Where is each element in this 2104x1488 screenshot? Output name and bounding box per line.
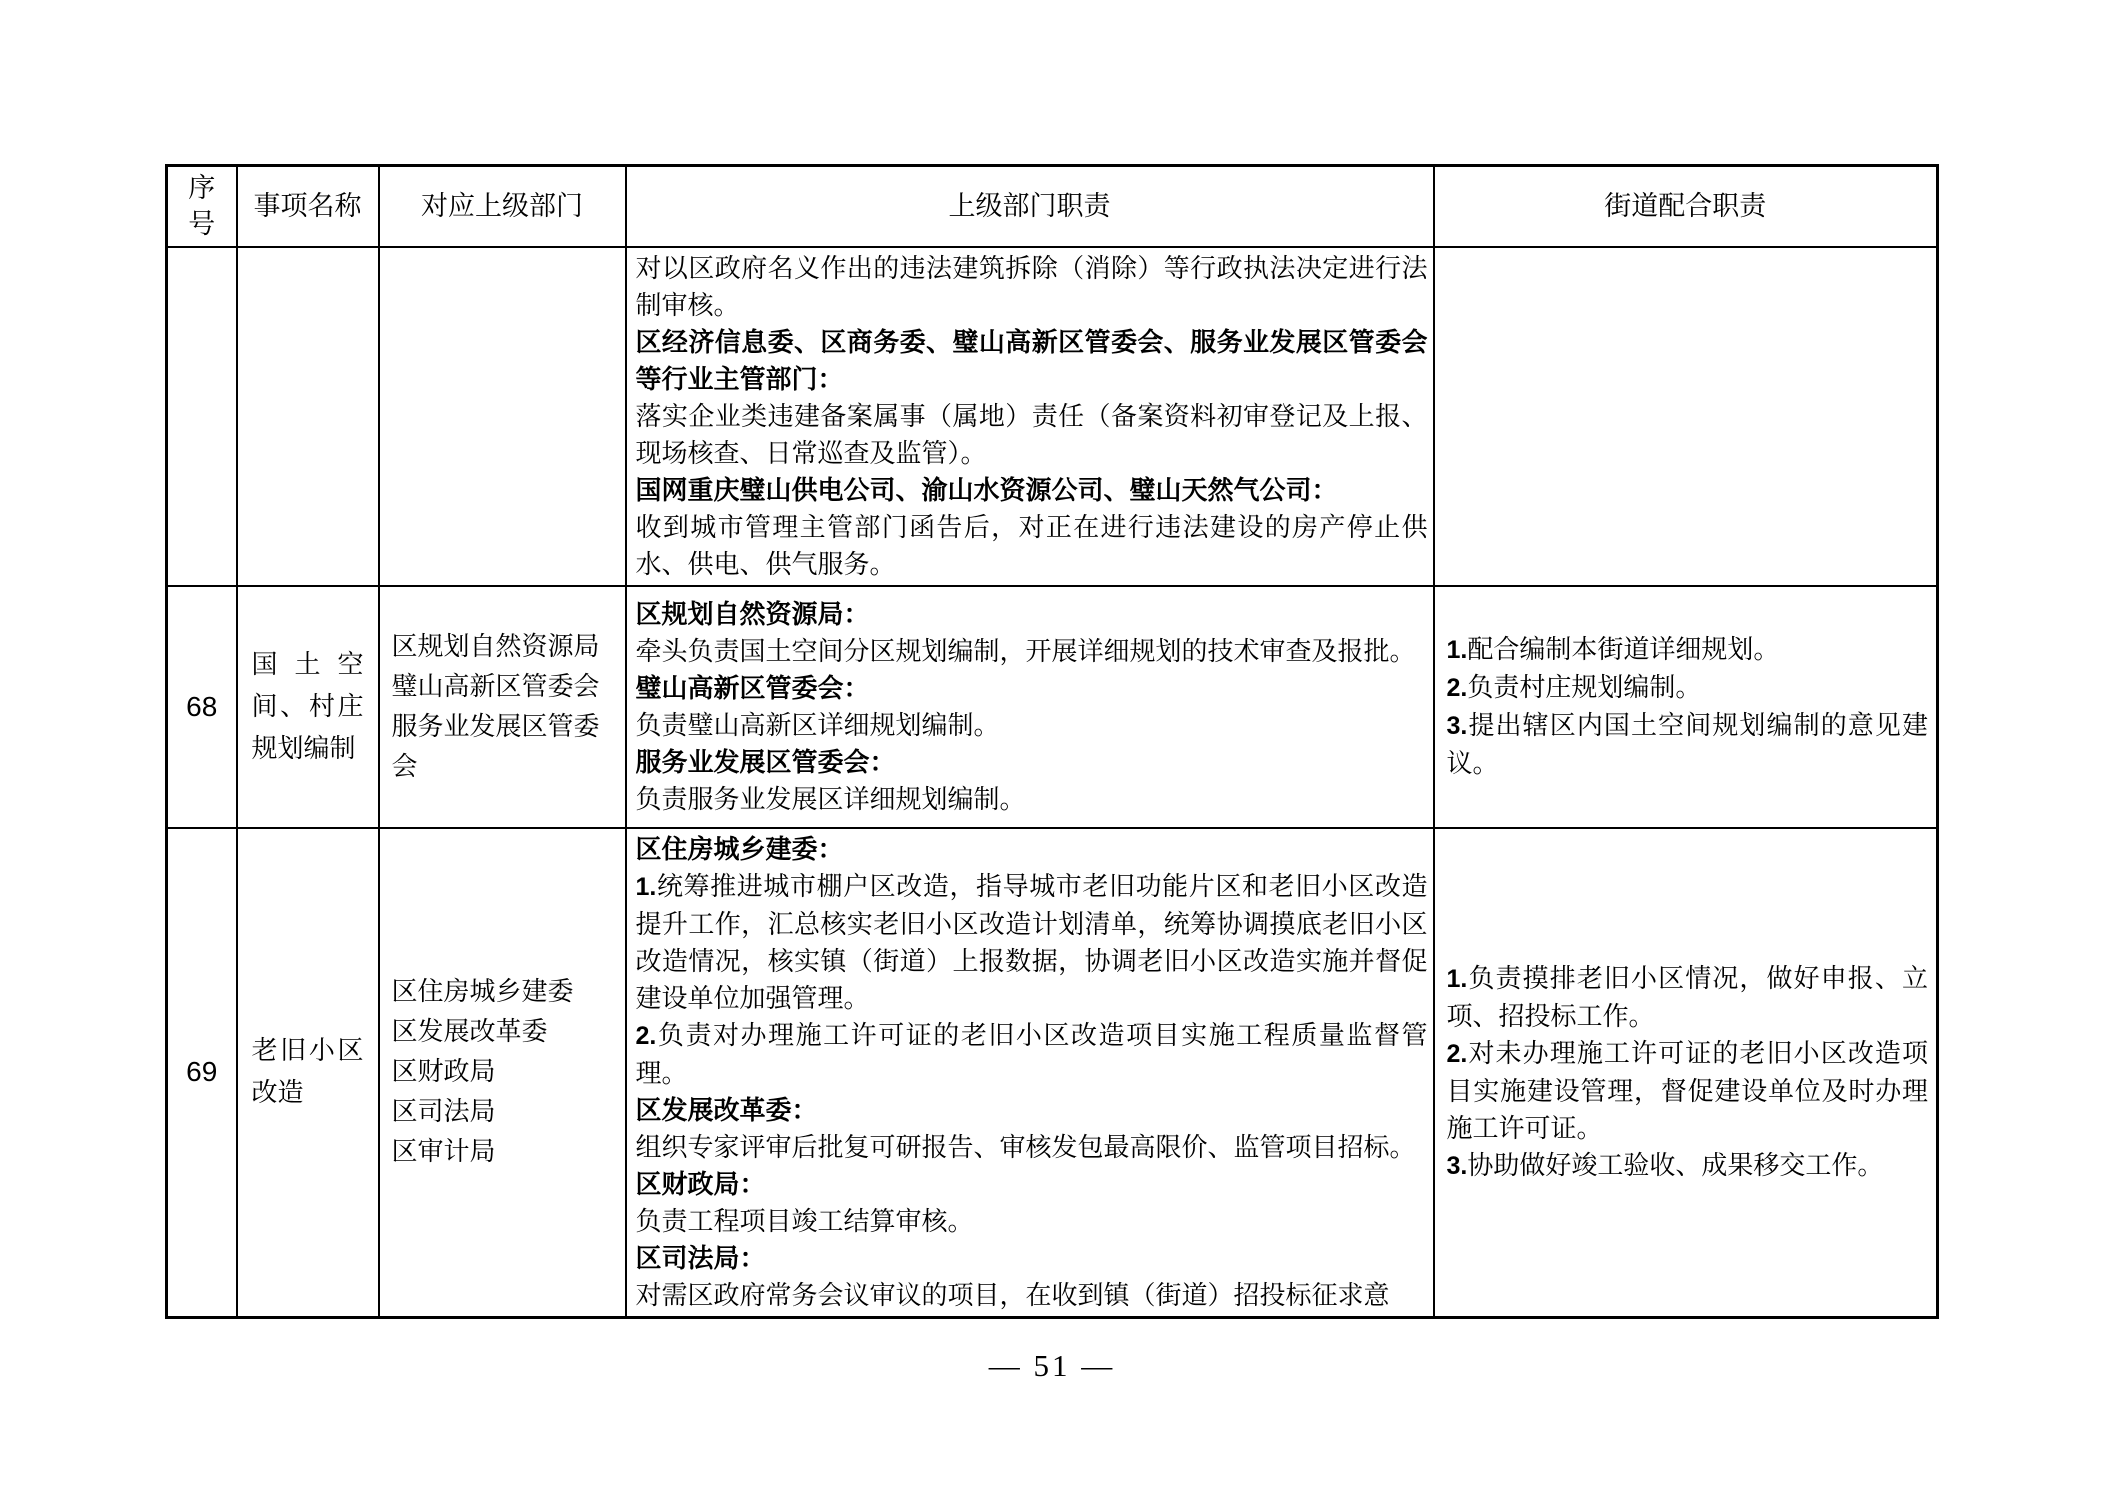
- street-duty-text: 3.提出辖区内国土空间规划编制的意见建议。: [1447, 707, 1929, 782]
- cell-serial-number: 69: [167, 828, 237, 1318]
- cell-superior-departments: [379, 247, 626, 586]
- header-item-name: 事项名称: [237, 166, 379, 247]
- item-number: 1.: [1447, 636, 1468, 664]
- table-row: 68国土空间、村庄规划编制区规划自然资源局璧山高新区管委会服务业发展区管委会区规…: [167, 586, 1938, 828]
- department-item: 服务业发展区管委会: [392, 707, 621, 787]
- department-item: 璧山高新区管委会: [392, 667, 621, 707]
- department-item: 区审计局: [392, 1132, 621, 1172]
- cell-serial-number: 68: [167, 586, 237, 828]
- superior-duty-heading: 区发展改革委：: [636, 1092, 1428, 1129]
- header-street-duties: 街道配合职责: [1434, 166, 1938, 247]
- item-number: 1.: [1447, 965, 1468, 993]
- cell-superior-departments: 区住房城乡建委区发展改革委区财政局区司法局区审计局: [379, 828, 626, 1318]
- superior-duty-heading: 区财政局：: [636, 1166, 1428, 1203]
- item-number: 3.: [1447, 1152, 1468, 1180]
- header-serial-number: 序号: [167, 166, 237, 247]
- item-number: 1.: [636, 873, 657, 901]
- header-row: 序号 事项名称 对应上级部门 上级部门职责 街道配合职责: [167, 166, 1938, 247]
- superior-duty-text: 负责工程项目竣工结算审核。: [636, 1203, 1428, 1240]
- superior-duty-heading: 区住房城乡建委：: [636, 831, 1428, 868]
- superior-duty-heading: 服务业发展区管委会：: [636, 744, 1428, 781]
- table-header: 序号 事项名称 对应上级部门 上级部门职责 街道配合职责: [167, 166, 1938, 247]
- superior-duty-text: 负责璧山高新区详细规划编制。: [636, 707, 1428, 744]
- superior-duty-text: 1.统筹推进城市棚户区改造，指导城市老旧功能片区和老旧小区改造提升工作，汇总核实…: [636, 868, 1428, 1017]
- item-number: 3.: [1447, 712, 1468, 740]
- cell-street-duties: [1434, 247, 1938, 586]
- superior-duty-text: 对需区政府常务会议审议的项目，在收到镇（街道）招投标征求意: [636, 1277, 1428, 1314]
- table-row: 69老旧小区改造区住房城乡建委区发展改革委区财政局区司法局区审计局区住房城乡建委…: [167, 828, 1938, 1318]
- cell-superior-departments: 区规划自然资源局璧山高新区管委会服务业发展区管委会: [379, 586, 626, 828]
- header-superior-department: 对应上级部门: [379, 166, 626, 247]
- cell-serial-number: [167, 247, 237, 586]
- department-item: 区住房城乡建委: [392, 972, 621, 1012]
- item-number: 2.: [636, 1022, 657, 1050]
- superior-duty-heading: 区规划自然资源局：: [636, 596, 1428, 633]
- page-number: — 51 —: [0, 1348, 2104, 1384]
- street-duty-text: 2.负责村庄规划编制。: [1447, 669, 1929, 707]
- cell-street-duties: 1.配合编制本街道详细规划。2.负责村庄规划编制。3.提出辖区内国土空间规划编制…: [1434, 586, 1938, 828]
- cell-superior-duties: 对以区政府名义作出的违法建筑拆除（消除）等行政执法决定进行法制审核。区经济信息委…: [626, 247, 1434, 586]
- cell-item-name: [237, 247, 379, 586]
- superior-duty-heading: 区司法局：: [636, 1240, 1428, 1277]
- item-number: 2.: [1447, 674, 1468, 702]
- superior-duty-text: 落实企业类违建备案属事（属地）责任（备案资料初审登记及上报、现场核查、日常巡查及…: [636, 398, 1428, 472]
- table-row: 对以区政府名义作出的违法建筑拆除（消除）等行政执法决定进行法制审核。区经济信息委…: [167, 247, 1938, 586]
- street-duty-text: 3.协助做好竣工验收、成果移交工作。: [1447, 1147, 1929, 1185]
- superior-duty-text: 对以区政府名义作出的违法建筑拆除（消除）等行政执法决定进行法制审核。: [636, 250, 1428, 324]
- table-body: 对以区政府名义作出的违法建筑拆除（消除）等行政执法决定进行法制审核。区经济信息委…: [167, 247, 1938, 1318]
- cell-superior-duties: 区规划自然资源局：牵头负责国土空间分区规划编制，开展详细规划的技术审查及报批。璧…: [626, 586, 1434, 828]
- superior-duty-text: 2.负责对办理施工许可证的老旧小区改造项目实施工程质量监督管理。: [636, 1017, 1428, 1092]
- superior-duty-text: 收到城市管理主管部门函告后，对正在进行违法建设的房产停止供水、供电、供气服务。: [636, 509, 1428, 583]
- superior-duty-text: 牵头负责国土空间分区规划编制，开展详细规划的技术审查及报批。: [636, 633, 1428, 670]
- street-duty-text: 1.负责摸排老旧小区情况，做好申报、立项、招投标工作。: [1447, 960, 1929, 1035]
- street-duty-text: 2.对未办理施工许可证的老旧小区改造项目实施建设管理，督促建设单位及时办理施工许…: [1447, 1035, 1929, 1147]
- header-superior-duties: 上级部门职责: [626, 166, 1434, 247]
- department-item: 区发展改革委: [392, 1012, 621, 1052]
- cell-item-name: 国土空间、村庄规划编制: [237, 586, 379, 828]
- cell-superior-duties: 区住房城乡建委：1.统筹推进城市棚户区改造，指导城市老旧功能片区和老旧小区改造提…: [626, 828, 1434, 1318]
- superior-duty-heading: 璧山高新区管委会：: [636, 670, 1428, 707]
- cell-street-duties: 1.负责摸排老旧小区情况，做好申报、立项、招投标工作。2.对未办理施工许可证的老…: [1434, 828, 1938, 1318]
- street-duty-text: 1.配合编制本街道详细规划。: [1447, 631, 1929, 669]
- department-item: 区财政局: [392, 1052, 621, 1092]
- cell-item-name: 老旧小区改造: [237, 828, 379, 1318]
- department-item: 区规划自然资源局: [392, 627, 621, 667]
- responsibility-table: 序号 事项名称 对应上级部门 上级部门职责 街道配合职责 对以区政府名义作出的违…: [165, 164, 1939, 1319]
- superior-duty-text: 组织专家评审后批复可研报告、审核发包最高限价、监管项目招标。: [636, 1129, 1428, 1166]
- department-item: 区司法局: [392, 1092, 621, 1132]
- superior-duty-heading: 区经济信息委、区商务委、璧山高新区管委会、服务业发展区管委会等行业主管部门：: [636, 324, 1428, 398]
- superior-duty-text: 负责服务业发展区详细规划编制。: [636, 781, 1428, 818]
- superior-duty-heading: 国网重庆璧山供电公司、渝山水资源公司、璧山天然气公司：: [636, 472, 1428, 509]
- item-number: 2.: [1447, 1040, 1468, 1068]
